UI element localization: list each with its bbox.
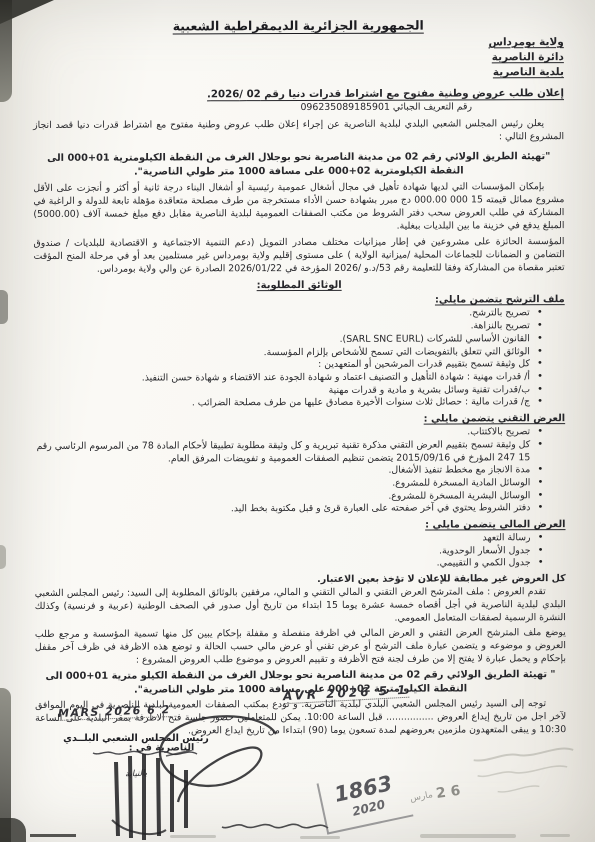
republic-title: الجمهورية الجزائرية الديمقراطية الشعبية (33, 17, 564, 34)
intro-paragraph: يعلن رئيس المجلس الشعبي البلدي لبلدية ال… (33, 118, 564, 146)
scan-artifact-bottom-fragment (170, 835, 216, 838)
tax-id-line: رقم التعريف الجبائي 096235089185901 (33, 101, 472, 114)
financial-offer-heading: العرض المالي يتضمن مايلي : (34, 519, 565, 532)
nonconforming-note: كل العروض غير مطابقة للإعلان لا تؤخذ بعي… (35, 573, 566, 586)
pen-line-bottom-left (30, 834, 76, 837)
list-item: جدول الكمي و التقييمي. (35, 558, 544, 572)
scan-artifact-left-blob-2 (0, 545, 6, 569)
handwritten-margin-scribble-icon (218, 818, 333, 836)
list-item: ج/ قدرات مالية : حصائل ثلاث سنوات الأخير… (34, 397, 543, 411)
candidacy-file-heading: ملف الترشح يتضمن مايلي: (34, 295, 565, 308)
scan-artifact-corner-bottom-left (0, 818, 26, 842)
technical-list: تصريح بالاكتتاب. كل وثيقة تسمح بتقييم ال… (34, 426, 565, 517)
scan-artifact-bottom-fragment (540, 834, 570, 837)
letterhead: ولاية بومرداس دائرة الناصرية بلدية الناص… (33, 35, 564, 83)
signature-flourish-icon (106, 750, 206, 842)
scan-artifact-left-strip-top (0, 0, 12, 102)
submission-paragraph: تقدم العروض : ملف المترشح العرض التقني و… (35, 586, 566, 627)
date-stamp-month: مارس (409, 790, 433, 804)
scan-artifact-bottom-fragment (300, 836, 340, 839)
date-stamp-day: 26 (435, 782, 466, 802)
commune-line: بلدية الناصرية (33, 66, 564, 83)
scan-artifact-bottom-fragment (420, 834, 516, 838)
candidacy-list: تصريح بالترشح. تصريح بالنزاهة. القانون ا… (34, 308, 565, 411)
technical-offer-heading: العرض التقني يتضمن مايلي : (34, 413, 565, 426)
financial-list: رسالة التعهد جدول الأسعار الوحدوية. جدول… (35, 532, 566, 572)
scan-artifact-left-blob (0, 290, 8, 324)
list-item: دفتر الشروط يحتوي في آخر صفحته على العبا… (34, 502, 543, 516)
scanned-document-page: الجمهورية الجزائرية الديمقراطية الشعبية … (0, 0, 595, 842)
required-docs-heading: الوثائق المطلوبة: (34, 280, 565, 293)
eligibility-paragraph: بإمكان المؤسسات التي لديها شهادة تأهيل ف… (33, 181, 564, 234)
exclusion-paragraph: المؤسسة الحائزة على مشروعين في إطار ميزا… (33, 236, 564, 277)
project-title: "تهيئة الطريق الولائي رقم 02 من مدينة ال… (39, 151, 558, 181)
envelopes-paragraph: يوضع ملف المترشح العرض التقني و العرض ال… (35, 627, 566, 668)
list-item: كل وثيقة تسمح بتقييم العرض التقني مذكرة … (34, 439, 543, 466)
faint-stamp-icon (465, 739, 586, 813)
document-content: الجمهورية الجزائرية الديمقراطية الشعبية … (33, 17, 567, 754)
announcement-title: إعلان طلب عروض وطنية مفتوح مع اشتراط قدر… (33, 88, 564, 101)
